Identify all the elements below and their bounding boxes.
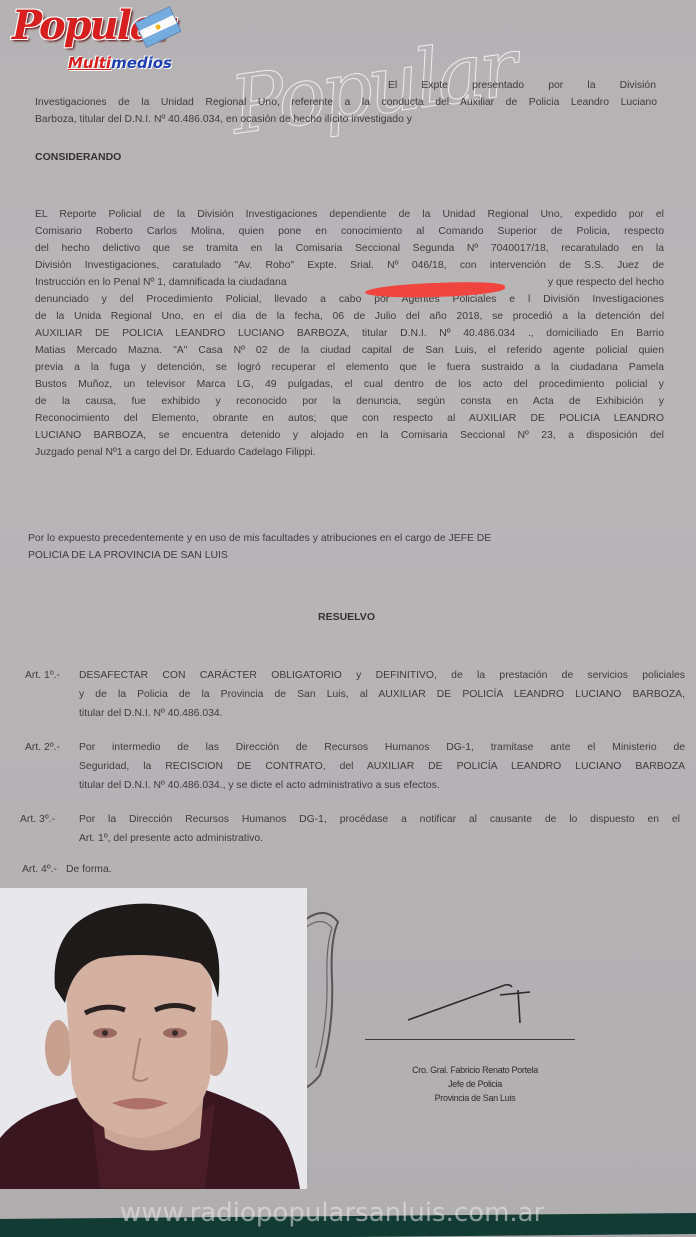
- logo-medios: medios: [111, 54, 172, 72]
- paragraph-line: EL Reporte Policial de la División Inves…: [35, 206, 664, 223]
- paragraph-line: Por lo expuesto precedentemente y en uso…: [28, 530, 628, 547]
- intro-line: Investigaciones de la Unidad Regional Un…: [35, 94, 657, 111]
- intro-line: Barboza, titular del D.N.I. Nº 40.486.03…: [35, 111, 657, 128]
- paragraph-line: LUCIANO BARBOZA, se encuentra detenido y…: [35, 427, 664, 444]
- intro-first-line: El Expte presentado por la División: [388, 77, 656, 94]
- paragraph-line: Juzgado penal Nº1 a cargo del Dr. Eduard…: [35, 444, 664, 461]
- intro-line: El Expte presentado por la División: [388, 77, 656, 94]
- signatory-jurisdiction: Provincia de San Luis: [385, 1091, 565, 1105]
- article-1: Art. 1º.- DESAFECTAR CON CARÁCTER OBLIGA…: [25, 666, 685, 723]
- redacted-line-prefix: Instrucción en lo Penal Nº 1, damnificad…: [35, 277, 287, 288]
- paragraph-line: de la causa, fue exhibido y reconocido p…: [35, 393, 664, 410]
- paragraph-line: del hecho delictivo que se tramita en la…: [35, 240, 664, 257]
- article-line: Por intermedio de las Dirección de Recur…: [79, 738, 685, 757]
- paragraph-line: de la Unida Regional Uno, en el dia de l…: [35, 308, 664, 325]
- signature-line: [365, 1039, 575, 1040]
- article-line: De forma.: [66, 860, 682, 879]
- article-label: Art. 1º.-: [25, 666, 60, 685]
- paragraph-line: Reconocimiento del Elemento, obrante en …: [35, 410, 664, 427]
- considerando-paragraph: EL Reporte Policial de la División Inves…: [35, 206, 664, 461]
- paragraph-line: División Investigaciones, caratulado "Av…: [35, 257, 664, 274]
- signatory-title: Jefe de Policia: [385, 1077, 565, 1091]
- article-2: Art. 2º.- Por intermedio de las Direcció…: [25, 738, 685, 795]
- argentina-flag-icon: [133, 6, 181, 48]
- article-line: titular del D.N.I. Nº 40.486.034., y se …: [79, 776, 685, 795]
- article-line: Art. 1º, del presente acto administrativ…: [79, 829, 680, 848]
- por-lo-expuesto-paragraph: Por lo expuesto precedentemente y en uso…: [28, 530, 628, 564]
- logo-multi: Multi: [68, 54, 111, 72]
- article-label: Art. 4º.-: [22, 860, 57, 879]
- paragraph-line: Bustos Muñoz, un televisor Marca LG, 49 …: [35, 376, 664, 393]
- article-label: Art. 2º.-: [25, 738, 60, 757]
- paragraph-line-redacted: Instrucción en lo Penal Nº 1, damnificad…: [35, 274, 664, 291]
- police-seal-stamp: [300, 900, 360, 1090]
- signature-scribble: [400, 975, 540, 1035]
- article-line: y de la Policia de la Provincia de San L…: [79, 685, 685, 704]
- paragraph-line: AUXILIAR DE POLICIA LEANDRO LUCIANO BARB…: [35, 325, 664, 342]
- signature-block: Cro. Gral. Fabricio Renato Portela Jefe …: [385, 1063, 565, 1105]
- popular-multimedios-logo: Popular Multimedios: [8, 2, 178, 78]
- paragraph-line: previa a la fuga y detención, se logró r…: [35, 359, 664, 376]
- paragraph-line: denunciado y del Procedimiento Policial,…: [35, 291, 664, 308]
- article-line: Por la Dirección Recursos Humanos DG-1, …: [79, 810, 680, 829]
- logo-sub-text: Multimedios: [68, 54, 172, 72]
- considerando-heading: CONSIDERANDO: [35, 149, 121, 166]
- intro-paragraph: Investigaciones de la Unidad Regional Un…: [35, 94, 657, 128]
- article-4: Art. 4º.- De forma.: [22, 860, 682, 879]
- site-watermark: www.radiopopularsanluis.com.ar: [120, 1198, 544, 1228]
- paragraph-line: POLICIA DE LA PROVINCIA DE SAN LUIS: [28, 547, 628, 564]
- redacted-line-suffix: y que respecto del hecho: [548, 274, 664, 291]
- article-line: Seguridad, la RECISCION DE CONTRATO, del…: [79, 757, 685, 776]
- paragraph-line: Matias Mercado Mazna. "A" Casa Nº 02 de …: [35, 342, 664, 359]
- article-line: titular del D.N.I. Nº 40.486.034.: [79, 704, 685, 723]
- portrait-illustration: [0, 888, 307, 1189]
- portrait-photo: [0, 888, 307, 1189]
- article-3: Art. 3º.- Por la Dirección Recursos Huma…: [20, 810, 680, 848]
- resuelvo-heading: RESUELVO: [318, 609, 375, 626]
- article-label: Art. 3º.-: [20, 810, 55, 829]
- signatory-name: Cro. Gral. Fabricio Renato Portela: [385, 1063, 565, 1077]
- article-line: DESAFECTAR CON CARÁCTER OBLIGATORIO y DE…: [79, 666, 685, 685]
- paragraph-line: Comisario Roberto Carlos Molina, quien p…: [35, 223, 664, 240]
